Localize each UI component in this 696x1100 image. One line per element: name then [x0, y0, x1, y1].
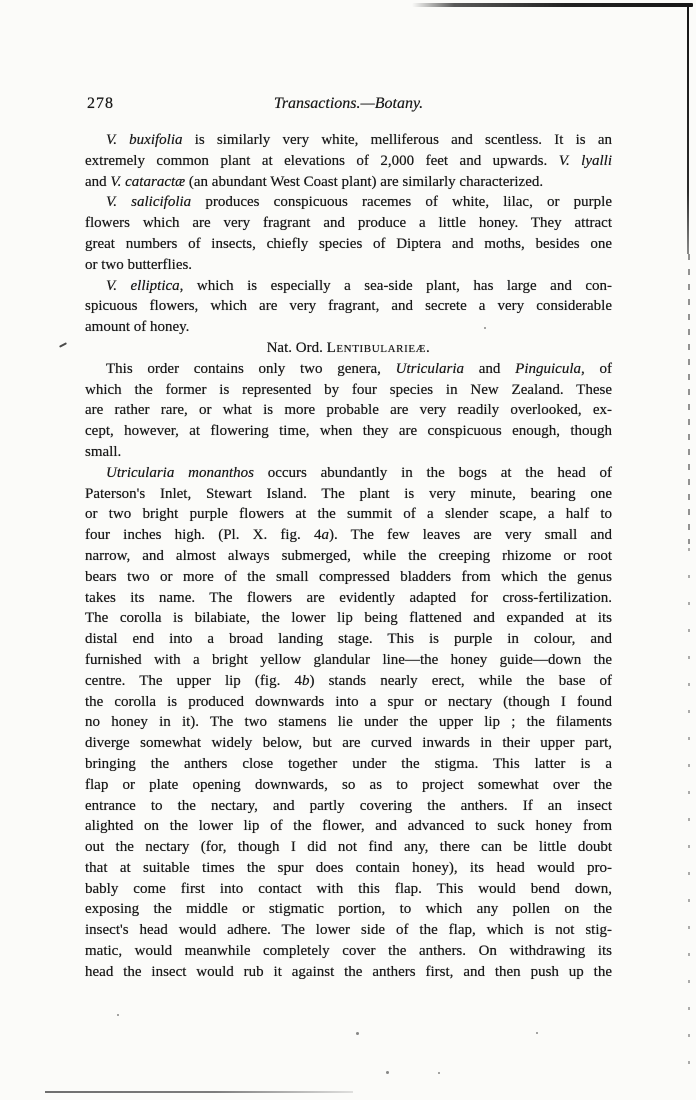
text-line: that at suitable times the spur does con… — [85, 858, 612, 879]
text-line: alighted on the lower lip of the flower,… — [85, 816, 612, 837]
scan-speck — [438, 1072, 440, 1074]
paragraph: V. salicifolia produces conspicuous race… — [85, 192, 612, 275]
scan-edge-top — [412, 3, 693, 7]
text-line: The corolla is bilabiate, the lower lip … — [85, 608, 612, 629]
text-line: takes its name. The flowers are evidentl… — [85, 588, 612, 609]
text-line: no honey in it). The two stamens lie und… — [85, 712, 612, 733]
text-line: great numbers of insects, chiefly specie… — [85, 234, 612, 255]
text-line: diverge somewhat widely below, but are c… — [85, 733, 612, 754]
scan-speck — [386, 1071, 389, 1074]
text-line: or two butterflies. — [85, 255, 612, 276]
scan-edge-right-dashed — [688, 254, 690, 544]
page-header: 278 Transactions.—Botany. — [85, 95, 612, 113]
text-line: matic, would meanwhile completely cover … — [85, 941, 612, 962]
text-line: narrow, and almost always submerged, whi… — [85, 546, 612, 567]
text-line: insect's head would adhere. The lower si… — [85, 920, 612, 941]
scan-speck — [536, 1032, 538, 1034]
scan-edge-bottom — [45, 1091, 353, 1093]
text-line: entrance to the nectary, and partly cove… — [85, 796, 612, 817]
page-number: 278 — [87, 95, 114, 113]
section-heading: Nat. Ord. Lentibularieæ. — [85, 338, 612, 359]
scan-edge-right-dashed — [688, 548, 690, 1086]
text-line: extremely common plant at elevations of … — [85, 151, 612, 172]
text-block: V. buxifolia is similarly very white, me… — [85, 130, 612, 983]
scan-edge-right-solid — [687, 6, 689, 254]
text-line: Utricularia monanthos occurs abundantly … — [85, 463, 612, 484]
text-line: or two bright purple flowers at the summ… — [85, 504, 612, 525]
text-line: V. salicifolia produces conspicuous race… — [85, 192, 612, 213]
text-line: four inches high. (Pl. X. fig. 4a). The … — [85, 525, 612, 546]
margin-tick — [59, 342, 67, 348]
text-line: bringing the anthers close together unde… — [85, 754, 612, 775]
scan-speck — [356, 1032, 359, 1035]
text-line: amount of honey. — [85, 317, 612, 338]
text-line: which the former is represented by four … — [85, 380, 612, 401]
paragraph: V. buxifolia is similarly very white, me… — [85, 130, 612, 192]
text-line: spicuous flowers, which are very fragran… — [85, 296, 612, 317]
text-line: Paterson's Inlet, Stewart Island. The pl… — [85, 484, 612, 505]
text-line: flowers which are very fragrant and prod… — [85, 213, 612, 234]
text-line: furnished with a bright yellow glandular… — [85, 650, 612, 671]
paragraph: This order contains only two genera, Utr… — [85, 359, 612, 463]
text-line: distal end into a broad landing stage. T… — [85, 629, 612, 650]
text-line: V. buxifolia is similarly very white, me… — [85, 130, 612, 151]
text-line: V. elliptica, which is especially a sea-… — [85, 276, 612, 297]
paragraph: V. elliptica, which is especially a sea-… — [85, 276, 612, 338]
book-page: 278 Transactions.—Botany. V. buxifolia i… — [0, 0, 696, 1100]
text-line: bears two or more of the small compresse… — [85, 567, 612, 588]
text-line: head the insect would rub it against the… — [85, 962, 612, 983]
scan-speck — [117, 1014, 119, 1016]
text-line: exposing the middle or stigmatic portion… — [85, 899, 612, 920]
paragraph: Utricularia monanthos occurs abundantly … — [85, 463, 612, 983]
text-line: This order contains only two genera, Utr… — [85, 359, 612, 380]
text-line: bably come first into contact with this … — [85, 879, 612, 900]
text-line: flap or plate opening downwards, so as t… — [85, 775, 612, 796]
text-line: cept, however, at flowering time, when t… — [85, 421, 612, 442]
text-line: centre. The upper lip (fig. 4b) stands n… — [85, 671, 612, 692]
text-line: small. — [85, 442, 612, 463]
text-line: are rather rare, or what is more probabl… — [85, 400, 612, 421]
text-line: out the nectary (for, though I did not f… — [85, 837, 612, 858]
text-line: and V. cataractæ (an abundant West Coast… — [85, 172, 612, 193]
running-title: Transactions.—Botany. — [85, 95, 612, 113]
text-line: the corolla is produced downwards into a… — [85, 692, 612, 713]
